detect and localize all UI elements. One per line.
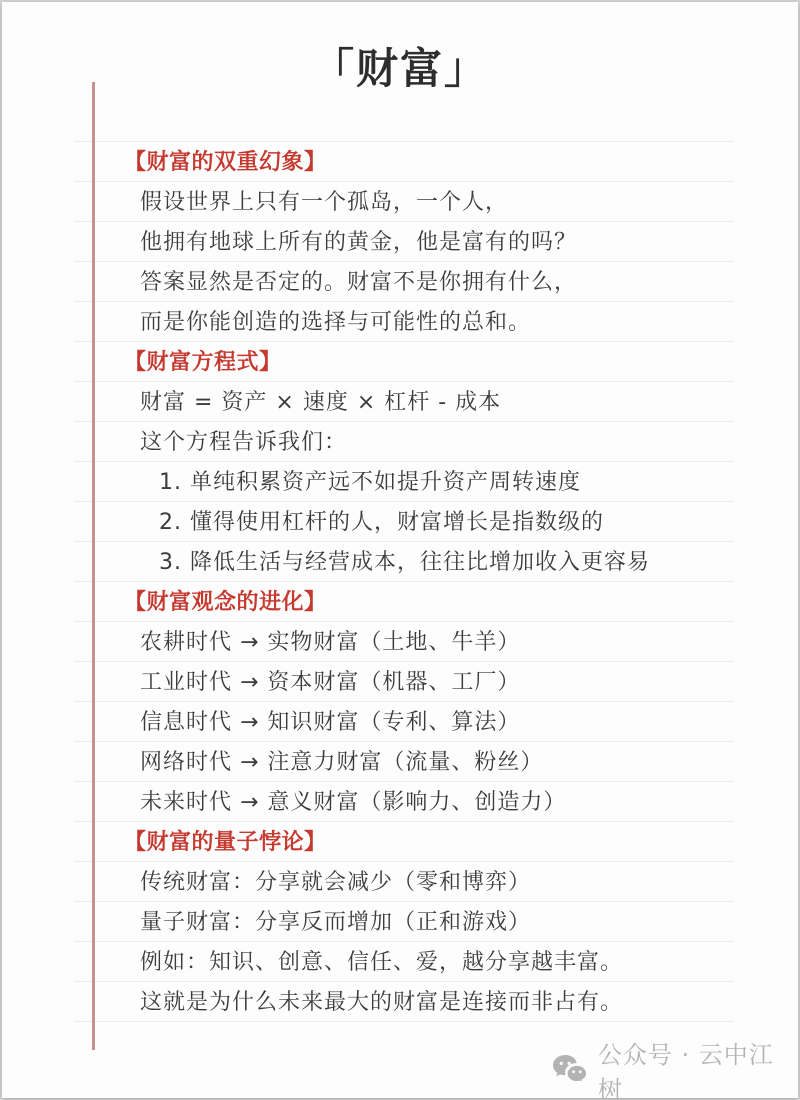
section-heading: 【财富方程式】 xyxy=(2,342,798,382)
note-line: 例如：知识、创意、信任、爱，越分享越丰富。 xyxy=(2,942,798,982)
section-heading: 【财富的双重幻象】 xyxy=(2,142,798,182)
publisher-badge: 公众号 · 云中江树 xyxy=(552,1050,798,1090)
note-line: 而是你能创造的选择与可能性的总和。 xyxy=(2,302,798,342)
note-line: 未来时代 → 意义财富（影响力、创造力） xyxy=(2,782,798,822)
note-line: 这个方程告诉我们： xyxy=(2,422,798,462)
note-line: 2. 懂得使用杠杆的人，财富增长是指数级的 xyxy=(2,502,798,542)
note-line: 传统财富：分享就会减少（零和博弈） xyxy=(2,862,798,902)
publisher-label: 公众号 · 云中江树 xyxy=(598,1035,798,1098)
note-line: 假设世界上只有一个孤岛，一个人， xyxy=(2,182,798,222)
note-line: 工业时代 → 资本财富（机器、工厂） xyxy=(2,662,798,702)
note-line: 网络时代 → 注意力财富（流量、粉丝） xyxy=(2,742,798,782)
section-heading: 【财富的量子悖论】 xyxy=(2,822,798,862)
note-line: 1. 单纯积累资产远不如提升资产周转速度 xyxy=(2,462,798,502)
note-line: 农耕时代 → 实物财富（土地、牛羊） xyxy=(2,622,798,662)
note-line: 财富 = 资产 × 速度 × 杠杆 - 成本 xyxy=(2,382,798,422)
note-line: 答案显然是否定的。财富不是你拥有什么， xyxy=(2,262,798,302)
note-line: 信息时代 → 知识财富（专利、算法） xyxy=(2,702,798,742)
notebook-page: 「财富」 【财富的双重幻象】假设世界上只有一个孤岛，一个人，他拥有地球上所有的黄… xyxy=(2,2,798,1098)
page-title: 「财富」 xyxy=(2,36,798,96)
note-line: 3. 降低生活与经营成本，往往比增加收入更容易 xyxy=(2,542,798,582)
note-line: 他拥有地球上所有的黄金，他是富有的吗？ xyxy=(2,222,798,262)
note-line: 量子财富：分享反而增加（正和游戏） xyxy=(2,902,798,942)
notes-body: 【财富的双重幻象】假设世界上只有一个孤岛，一个人，他拥有地球上所有的黄金，他是富… xyxy=(2,142,798,1022)
wechat-icon xyxy=(552,1054,588,1086)
section-heading: 【财富观念的进化】 xyxy=(2,582,798,622)
note-line: 这就是为什么未来最大的财富是连接而非占有。 xyxy=(2,982,798,1022)
